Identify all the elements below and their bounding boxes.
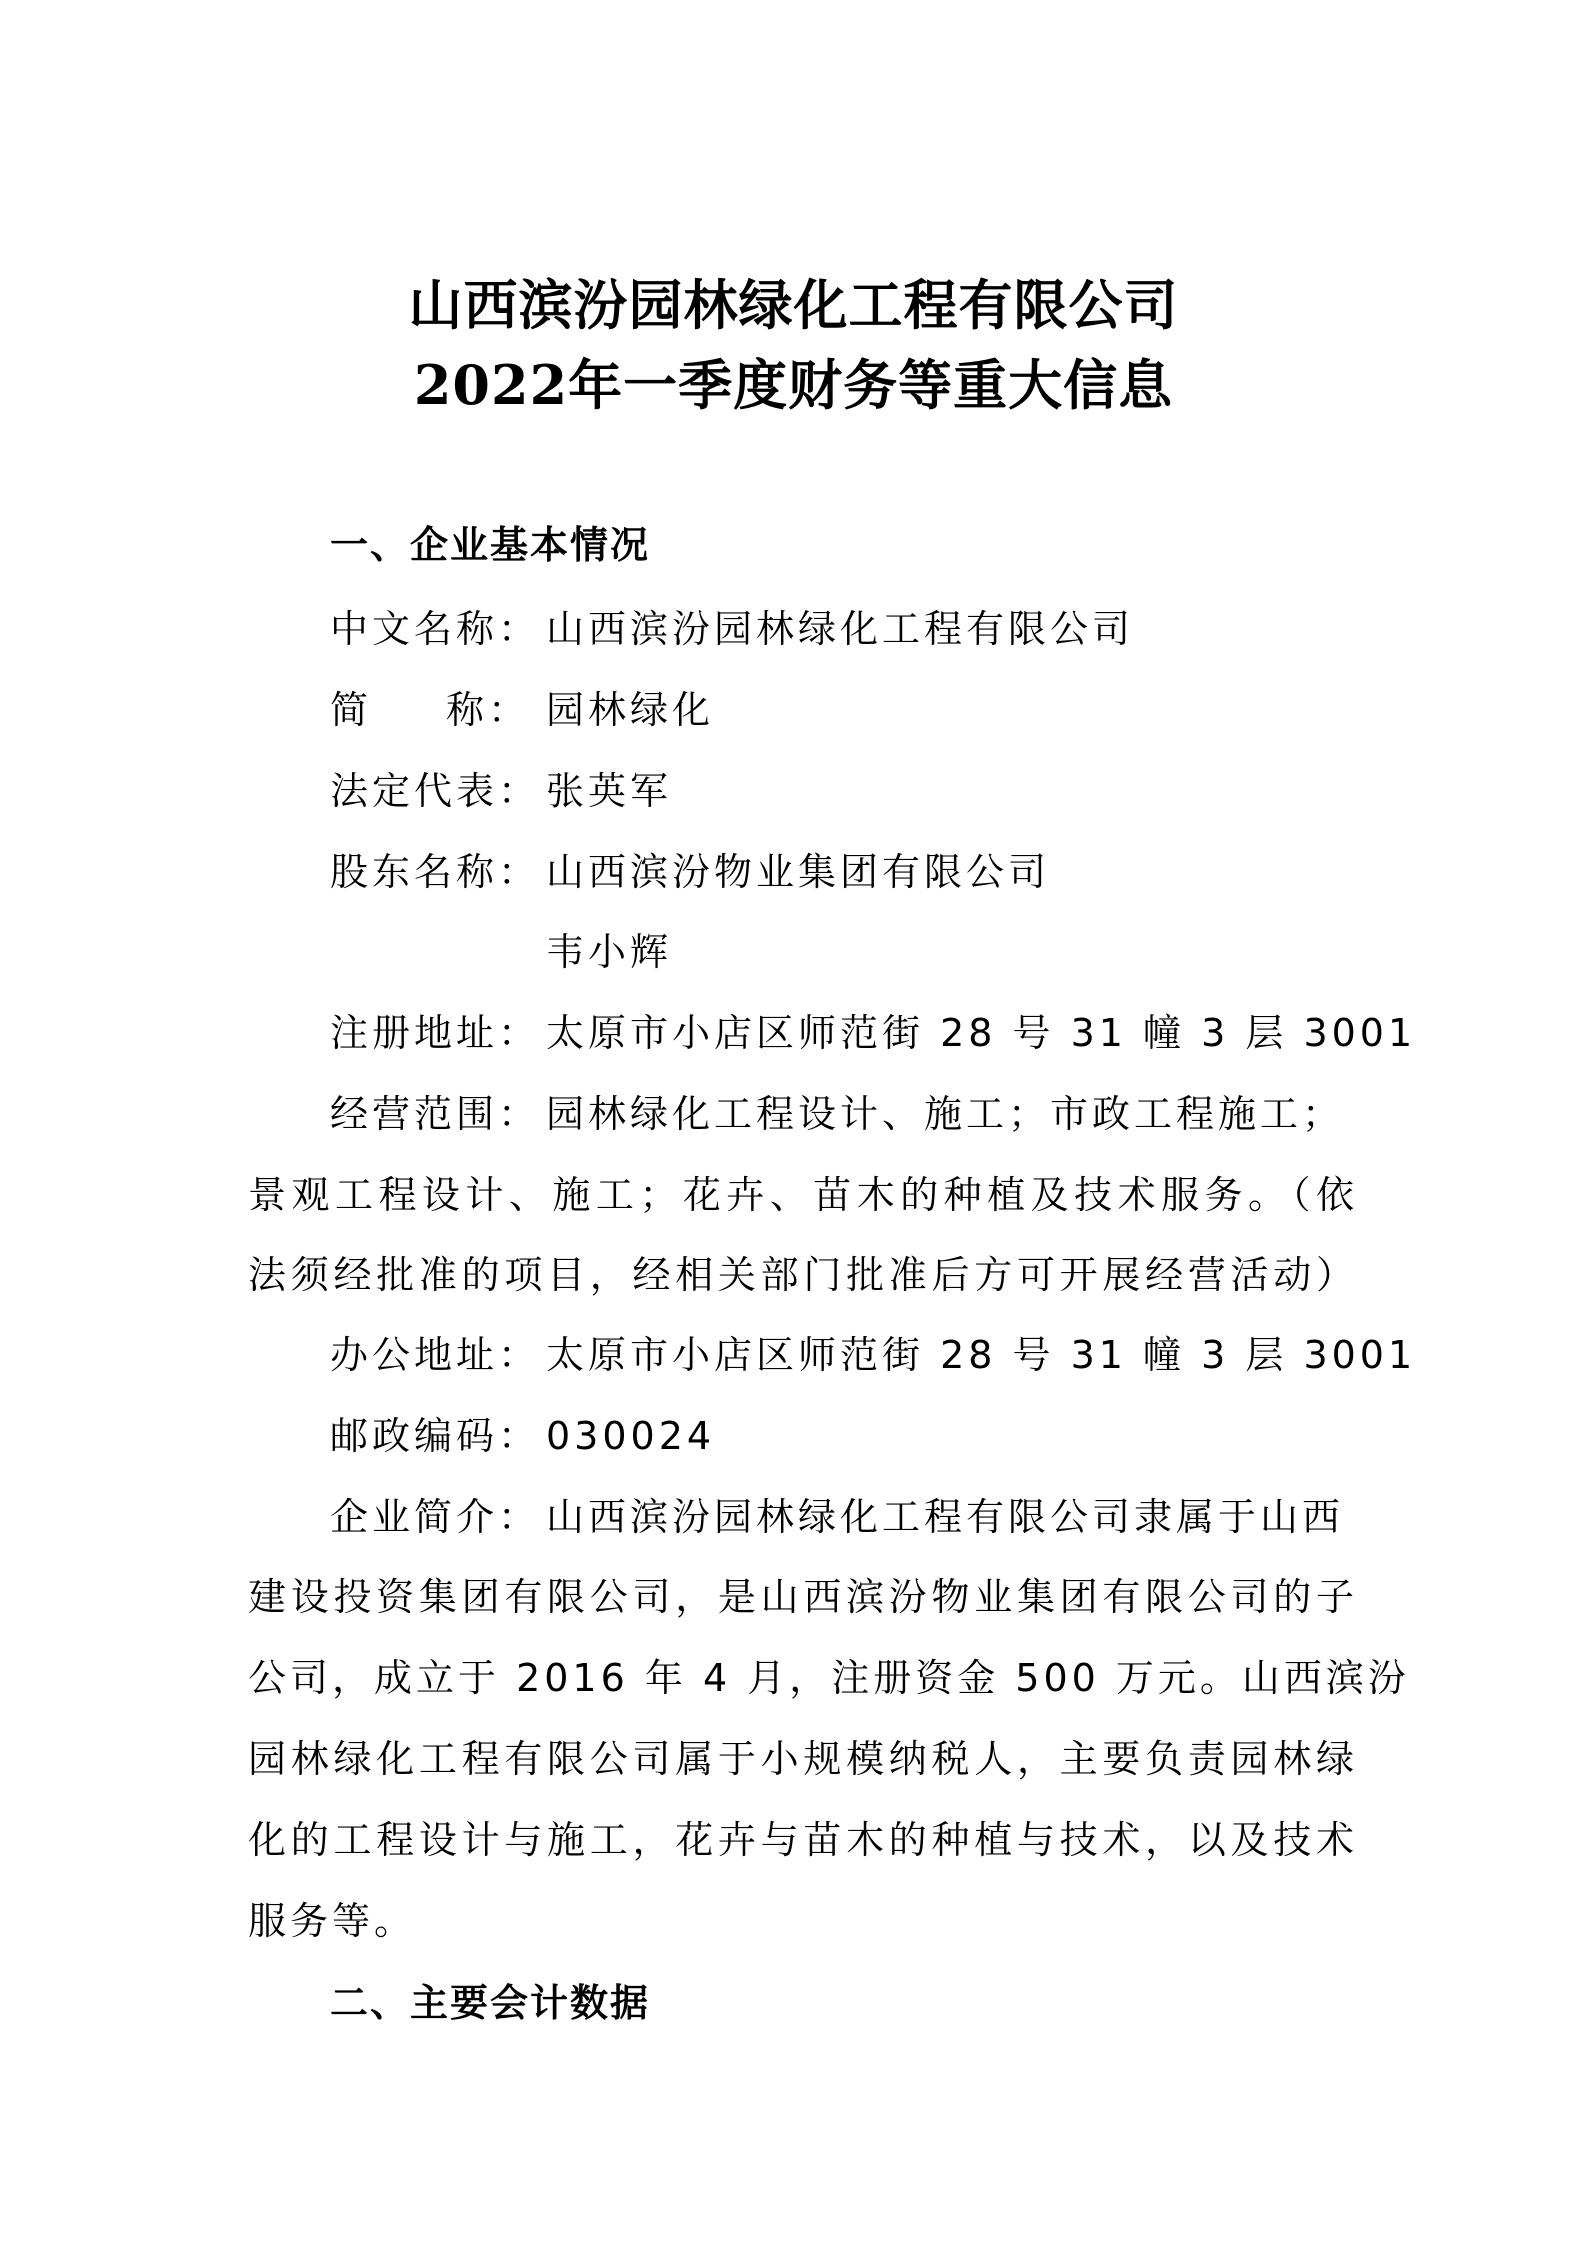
field-value: 园林绿化 xyxy=(546,688,714,732)
field-value: 太原市小店区师范街 28 号 31 幢 3 层 3001 xyxy=(546,1333,1416,1377)
field-label: 股东名称： xyxy=(330,847,546,897)
field-registered-address: 注册地址：太原市小店区师范街 28 号 31 幢 3 层 3001 xyxy=(330,1008,1416,1058)
field-label: 经营范围： xyxy=(330,1089,546,1139)
field-office-address: 办公地址：太原市小店区师范街 28 号 31 幢 3 层 3001 xyxy=(330,1330,1416,1380)
profile-line-6: 服务等。 xyxy=(248,1896,1358,1946)
field-value: 张英军 xyxy=(546,769,672,813)
field-label: 简称： xyxy=(330,685,530,735)
profile-line-5: 化的工程设计与施工，花卉与苗木的种植与技术，以及技术 xyxy=(248,1815,1358,1865)
profile-line-4: 园林绿化工程有限公司属于小规模纳税人，主要负责园林绿 xyxy=(248,1734,1358,1784)
field-short-name: 简称：园林绿化 xyxy=(330,685,714,735)
label-part: 简 xyxy=(330,685,372,735)
document-page: 山西滨汾园林绿化工程有限公司 2022年一季度财务等重大信息 一、企业基本情况 … xyxy=(0,0,1587,2245)
section-2-heading: 二、主要会计数据 xyxy=(330,1978,650,2028)
field-label: 邮政编码： xyxy=(330,1411,546,1461)
field-company-profile: 企业简介：山西滨汾园林绿化工程有限公司隶属于山西 xyxy=(330,1492,1344,1542)
profile-line-2: 建设投资集团有限公司，是山西滨汾物业集团有限公司的子 xyxy=(248,1572,1358,1622)
field-value: 太原市小店区师范街 28 号 31 幢 3 层 3001 xyxy=(546,1011,1416,1055)
business-scope-line-3: 法须经批准的项目，经相关部门批准后方可开展经营活动） xyxy=(248,1250,1358,1300)
field-label: 办公地址： xyxy=(330,1330,546,1380)
field-value: 030024 xyxy=(546,1414,715,1458)
field-label: 法定代表： xyxy=(330,766,546,816)
field-shareholders: 股东名称：山西滨汾物业集团有限公司 xyxy=(330,847,1050,897)
field-postal-code: 邮政编码：030024 xyxy=(330,1411,715,1461)
field-legal-representative: 法定代表：张英军 xyxy=(330,766,672,816)
field-label: 中文名称： xyxy=(330,604,546,654)
field-value: 山西滨汾园林绿化工程有限公司 xyxy=(546,607,1134,651)
field-shareholder-2: 韦小辉 xyxy=(546,927,672,977)
field-value: 园林绿化工程设计、施工；市政工程施工； xyxy=(546,1092,1344,1136)
field-business-scope: 经营范围：园林绿化工程设计、施工；市政工程施工； xyxy=(330,1089,1344,1139)
business-scope-line-2: 景观工程设计、施工；花卉、苗木的种植及技术服务。（依 xyxy=(248,1170,1358,1220)
field-value: 山西滨汾园林绿化工程有限公司隶属于山西 xyxy=(546,1495,1344,1539)
field-value: 山西滨汾物业集团有限公司 xyxy=(546,850,1050,894)
document-title-line-1: 山西滨汾园林绿化工程有限公司 xyxy=(0,270,1587,340)
field-chinese-name: 中文名称：山西滨汾园林绿化工程有限公司 xyxy=(330,604,1134,654)
profile-line-3: 公司，成立于 2016 年 4 月，注册资金 500 万元。山西滨汾 xyxy=(248,1653,1358,1703)
section-1-heading: 一、企业基本情况 xyxy=(330,520,650,570)
field-label: 企业简介： xyxy=(330,1492,546,1542)
label-part: 称： xyxy=(446,685,530,735)
document-title-line-2: 2022年一季度财务等重大信息 xyxy=(0,350,1587,420)
field-label: 注册地址： xyxy=(330,1008,546,1058)
